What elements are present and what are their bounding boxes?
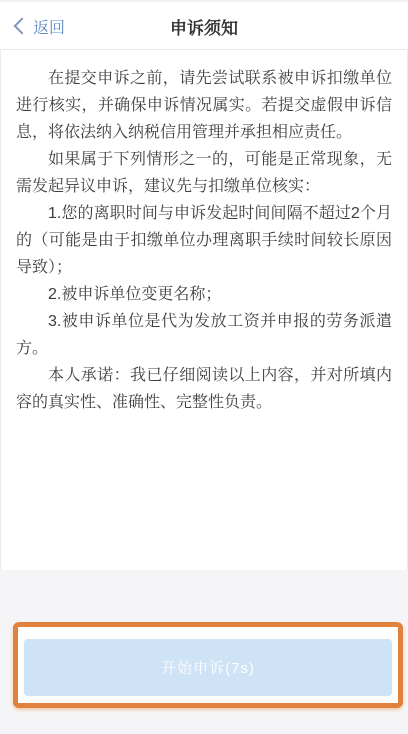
highlight-annotation: 开始申诉(7s): [13, 622, 403, 708]
back-button-label: 返回: [33, 15, 65, 38]
footer-bar: 开始申诉(7s): [0, 570, 408, 734]
back-button[interactable]: 返回: [16, 2, 65, 50]
notice-paragraph: 如果属于下列情形之一的，可能是正常现象，无需发起异议申诉，建议先与扣缴单位核实：: [16, 146, 392, 200]
notice-paragraph: 本人承诺：我已仔细阅读以上内容，并对所填内容的真实性、准确性、完整性负责。: [16, 362, 392, 416]
start-appeal-button[interactable]: 开始申诉(7s): [24, 639, 392, 696]
notice-paragraph: 在提交申诉之前，请先尝试联系被申诉扣缴单位进行核实，并确保申诉情况属实。若提交虚…: [16, 65, 392, 146]
chevron-left-icon: [14, 18, 31, 35]
notice-paragraph: 3.被申诉单位是代为发放工资并申报的劳务派遣方。: [16, 308, 392, 362]
notice-paragraph: 1.您的离职时间与申诉发起时间间隔不超过2个月的（可能是由于扣缴单位办理离职手续…: [16, 200, 392, 281]
appeal-notice-page: 返回 申诉须知 在提交申诉之前，请先尝试联系被申诉扣缴单位进行核实，并确保申诉情…: [0, 0, 408, 734]
nav-bar: 返回 申诉须知: [0, 0, 408, 50]
notice-content: 在提交申诉之前，请先尝试联系被申诉扣缴单位进行核实，并确保申诉情况属实。若提交虚…: [0, 50, 408, 416]
notice-paragraph: 2.被申诉单位变更名称；: [16, 281, 392, 308]
